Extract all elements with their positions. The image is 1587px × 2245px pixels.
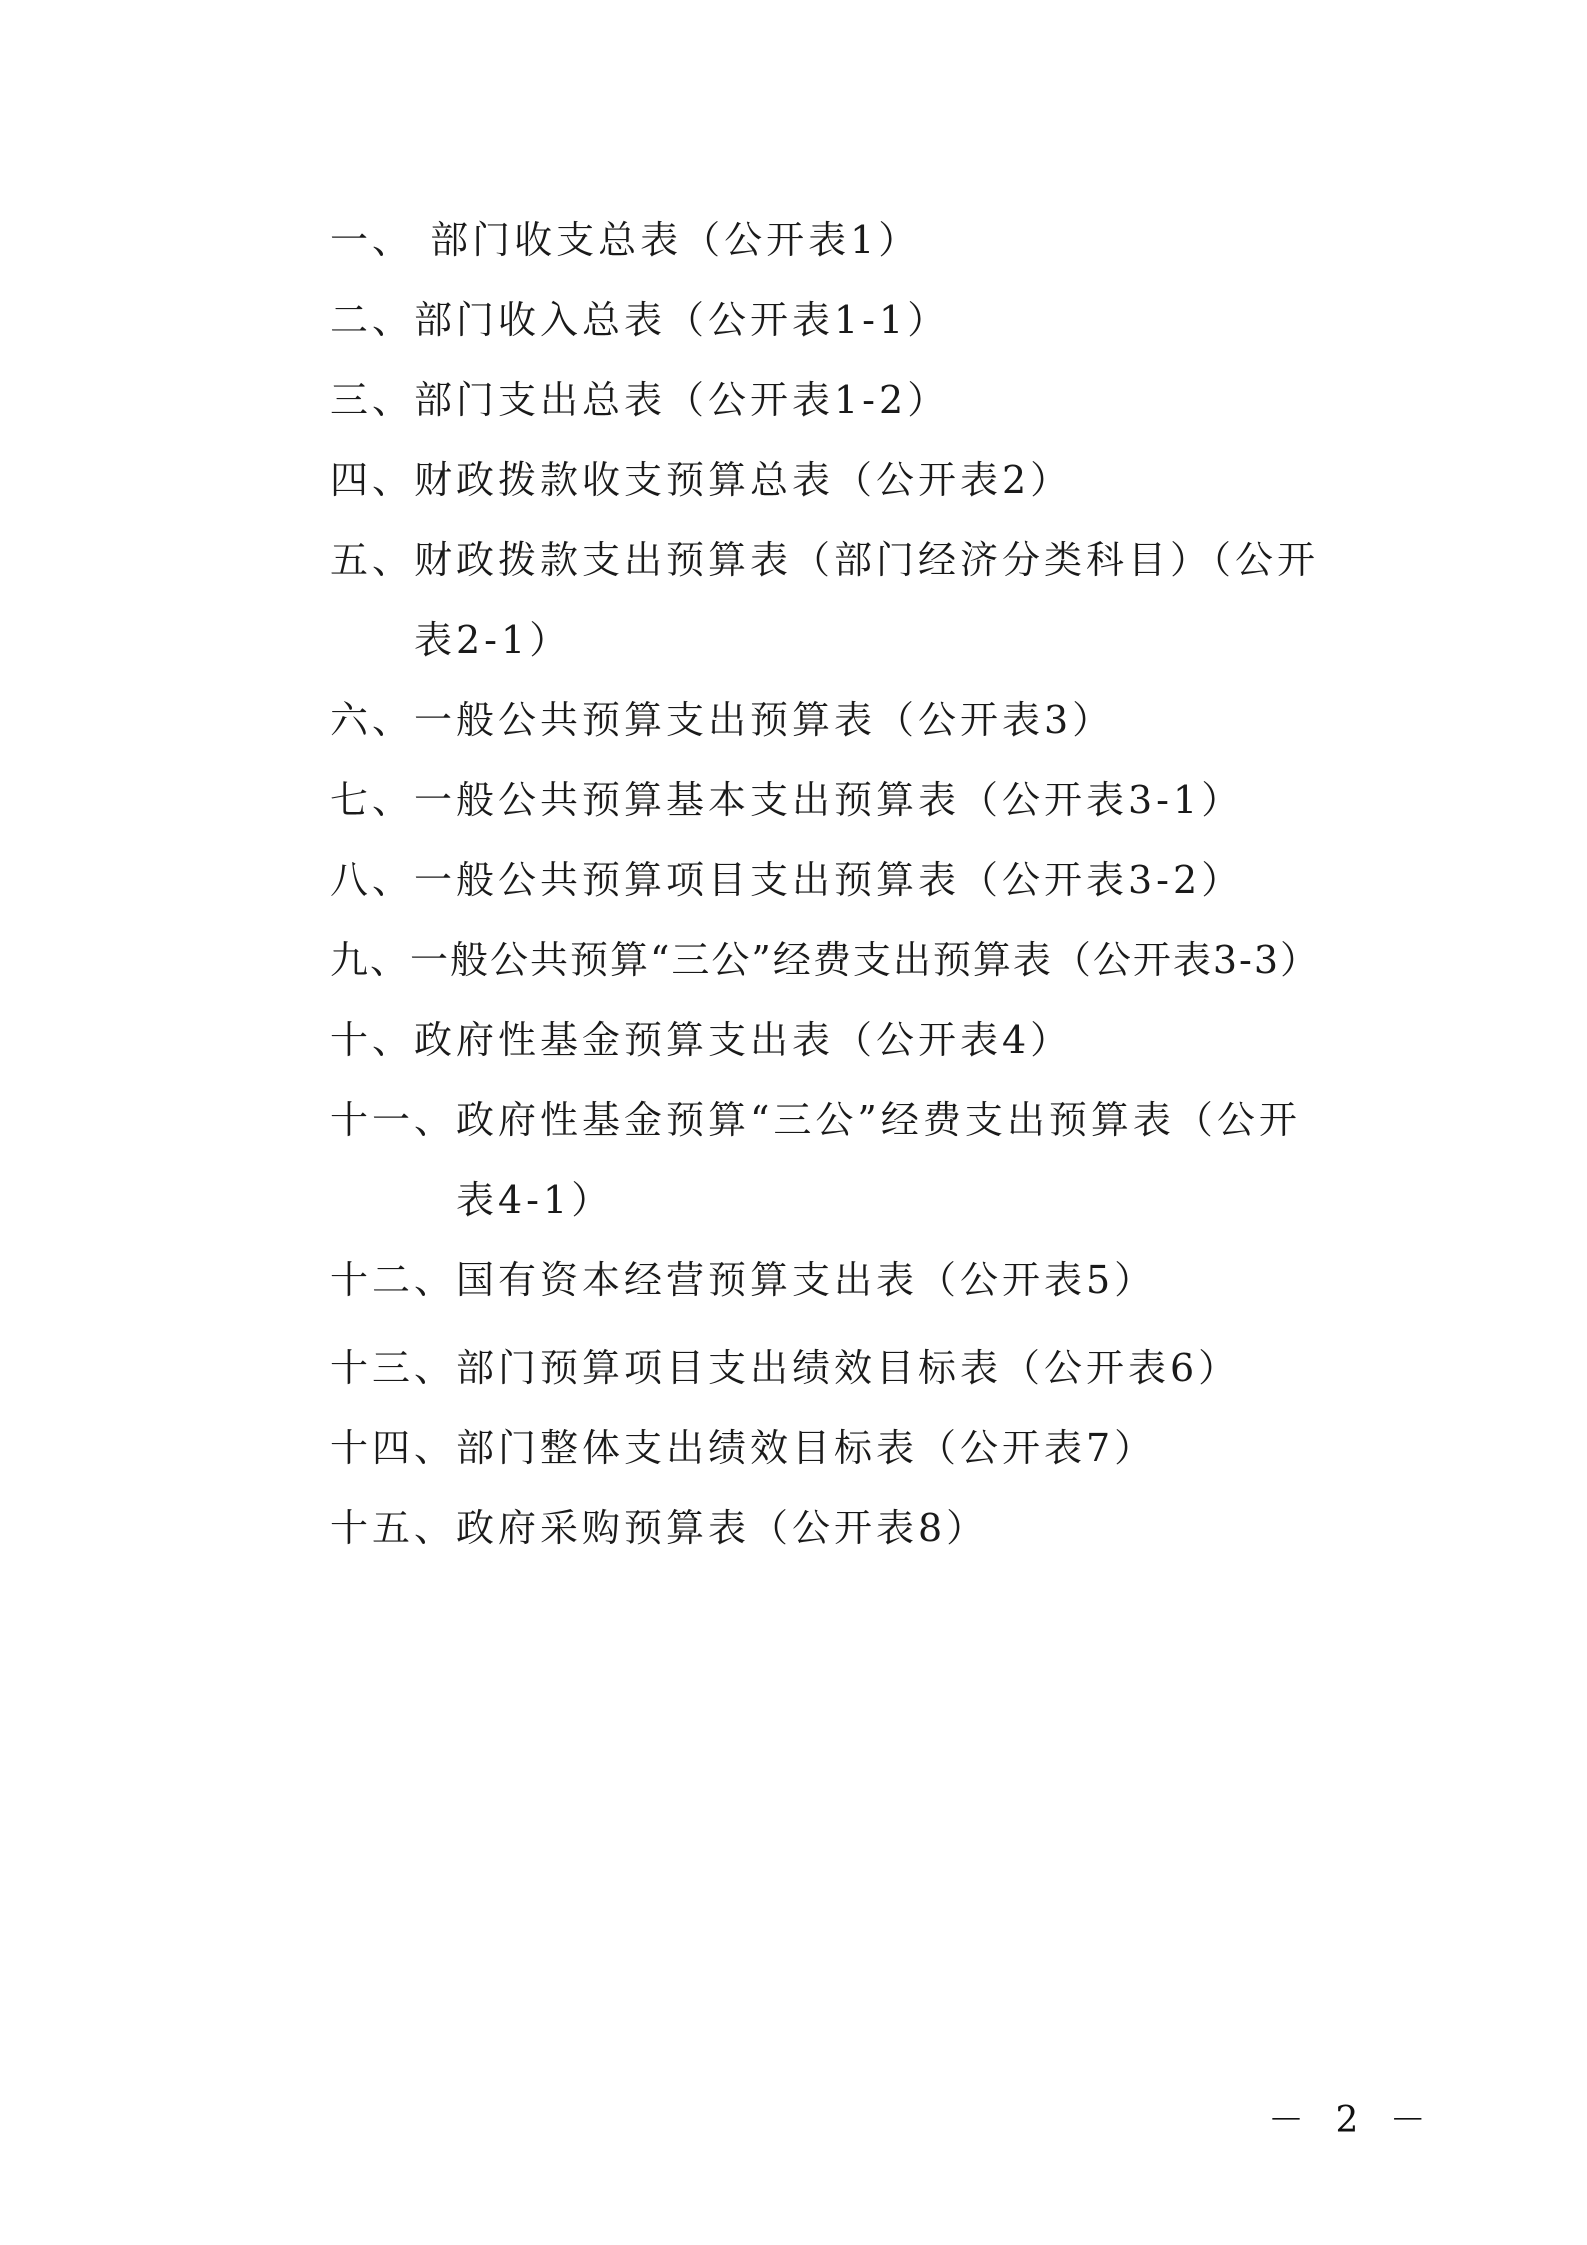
page-number: － 2 － — [1268, 2092, 1436, 2143]
toc-item-7: 七、一般公共预算基本支出预算表（公开表3-1） — [330, 770, 1243, 830]
toc-item-3: 三、部门支出总表（公开表1-2） — [330, 370, 949, 430]
toc-item-11-continuation: 表4-1） — [456, 1170, 613, 1230]
document-page: 一、 部门收支总表（公开表1） 二、部门收入总表（公开表1-1） 三、部门支出总… — [0, 0, 1587, 2245]
toc-item-9: 九、一般公共预算“三公”经费支出预算表（公开表3-3） — [330, 930, 1320, 990]
toc-item-8: 八、一般公共预算项目支出预算表（公开表3-2） — [330, 850, 1243, 910]
toc-item-11: 十一、政府性基金预算“三公”经费支出预算表（公开 — [330, 1090, 1301, 1150]
toc-item-10: 十、政府性基金预算支出表（公开表4） — [330, 1010, 1072, 1070]
toc-item-5-continuation: 表2-1） — [414, 610, 571, 670]
toc-item-13: 十三、部门预算项目支出绩效目标表（公开表6） — [330, 1338, 1240, 1398]
toc-item-15: 十五、政府采购预算表（公开表8） — [330, 1498, 988, 1558]
toc-item-1: 一、 部门收支总表（公开表1） — [330, 210, 920, 270]
toc-item-14: 十四、部门整体支出绩效目标表（公开表7） — [330, 1418, 1156, 1478]
toc-item-2: 二、部门收入总表（公开表1-1） — [330, 290, 949, 350]
toc-item-4: 四、财政拨款收支预算总表（公开表2） — [330, 450, 1072, 510]
toc-item-5: 五、财政拨款支出预算表（部门经济分类科目）（公开 — [330, 530, 1319, 590]
toc-item-6: 六、一般公共预算支出预算表（公开表3） — [330, 690, 1114, 750]
toc-item-12: 十二、国有资本经营预算支出表（公开表5） — [330, 1250, 1156, 1310]
